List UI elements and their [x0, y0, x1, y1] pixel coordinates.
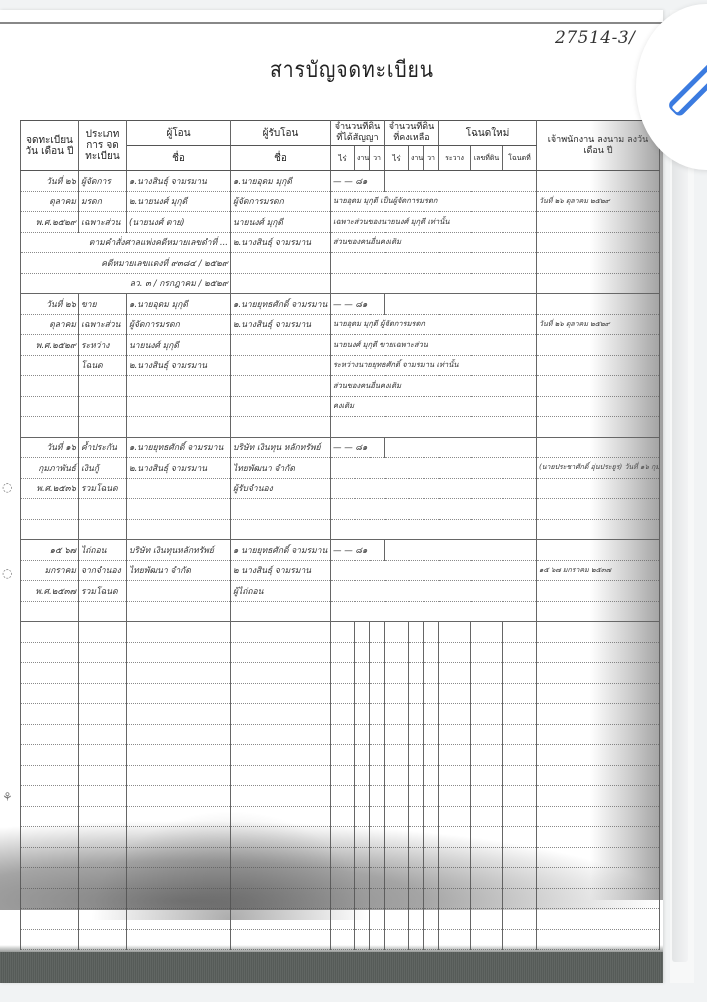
cell-officer [537, 437, 660, 458]
cell-empty [331, 847, 355, 868]
cell-empty [231, 724, 331, 745]
cell-empty [331, 745, 355, 766]
cell-grantor [127, 396, 231, 417]
cell-grantee: ๒.นางสินธุ์ จามรมาน [231, 232, 331, 253]
header-wa-remaining: วา [424, 146, 439, 171]
cell-type: โฉนด [79, 355, 127, 376]
registration-table: จดทะเบียน วัน เดือน ปี ประเภท การ จดทะเบ… [20, 120, 660, 950]
cell-officer [537, 581, 660, 602]
cell-empty [79, 806, 127, 827]
cell-date: ตุลาคม [21, 314, 79, 335]
cell-empty [409, 847, 424, 868]
cell-remark [331, 253, 537, 274]
document-title: สารบัญจดทะเบียน [270, 52, 434, 87]
header-land-no: เลขที่ดิน [471, 146, 503, 171]
cell-empty [331, 765, 355, 786]
cell-empty [471, 765, 503, 786]
cell-empty [370, 847, 385, 868]
cell-empty [231, 683, 331, 704]
cell-empty [537, 765, 660, 786]
cell-officer [537, 519, 660, 540]
table-row [21, 806, 660, 827]
cell-empty [370, 827, 385, 848]
cell-officer [537, 212, 660, 233]
cell-empty [409, 868, 424, 889]
cell-empty [439, 724, 471, 745]
cell-officer [537, 376, 660, 397]
cell-date: พ.ศ.๒๕๒๙ [21, 212, 79, 233]
cell-empty [409, 909, 424, 930]
cell-empty [439, 683, 471, 704]
header-sheet: ระวาง [439, 146, 471, 171]
cell-empty [355, 847, 370, 868]
header-type: ประเภท การ จดทะเบียน [79, 121, 127, 171]
cell-empty [231, 888, 331, 909]
cell-empty [331, 786, 355, 807]
cell-empty [231, 663, 331, 684]
cell-remark [385, 540, 537, 561]
table-row [21, 909, 660, 930]
cell-empty [21, 868, 79, 889]
cell-type: เฉพาะส่วน [79, 314, 127, 335]
cell-officer [537, 294, 660, 315]
cell-officer [537, 171, 660, 192]
cell-officer [537, 478, 660, 499]
cell-empty [439, 745, 471, 766]
table-row: มกราคมจากจำนองไทยพัฒนา จำกัด๒ นางสินธุ์ … [21, 560, 660, 581]
cell-empty [385, 909, 409, 930]
cell-officer: วันที่ ๒๖ ตุลาคม ๒๕๒๙ [537, 191, 660, 212]
cell-empty [439, 642, 471, 663]
cell-empty [409, 724, 424, 745]
cell-empty [385, 888, 409, 909]
cell-empty [503, 847, 537, 868]
cell-empty [127, 745, 231, 766]
cell-empty [424, 622, 439, 643]
cell-empty [21, 704, 79, 725]
cell-type [79, 396, 127, 417]
table-row: วันที่ ๒๖ผู้จัดการ๑.นางสินธุ์ จามรมาน๑.น… [21, 171, 660, 192]
cell-empty [409, 827, 424, 848]
cell-empty [385, 847, 409, 868]
cell-empty [503, 786, 537, 807]
cell-empty [21, 663, 79, 684]
cell-empty [537, 786, 660, 807]
cell-empty [370, 724, 385, 745]
cell-empty [503, 704, 537, 725]
cell-empty [355, 888, 370, 909]
cell-date [21, 376, 79, 397]
court-order-note: ตามคำสั่งศาลแพ่งคดีหมายเลขดำที่ ... [21, 232, 231, 253]
header-date: จดทะเบียน วัน เดือน ปี [21, 121, 79, 171]
cell-grantee: ผู้รับจำนอง [231, 478, 331, 499]
cell-empty [79, 909, 127, 930]
page-top-rule [0, 22, 663, 24]
cell-type: รวมโฉนด [79, 581, 127, 602]
cell-empty [537, 827, 660, 848]
cell-area-contract: — — ๘๑ [331, 540, 385, 561]
cell-empty [471, 847, 503, 868]
header-grantor: ผู้โอน [127, 121, 231, 146]
cell-officer [537, 335, 660, 356]
cell-empty [231, 642, 331, 663]
table-row [21, 519, 660, 540]
cell-remark [385, 437, 537, 458]
cell-empty [127, 724, 231, 745]
cell-empty [424, 724, 439, 745]
cell-empty [537, 622, 660, 643]
cell-date [21, 355, 79, 376]
cell-grantor: นายนงศ์ มุกุดี [127, 335, 231, 356]
table-row [21, 724, 660, 745]
cell-empty [537, 663, 660, 684]
table-row: ตุลาคมมรดก๒.นายนงศ์ มุกุดีผู้จัดการมรดกน… [21, 191, 660, 212]
cell-empty [79, 765, 127, 786]
header-wa: วา [370, 146, 385, 171]
cell-empty [231, 622, 331, 643]
cell-remark: เฉพาะส่วนของนายนงศ์ มุกุดี เท่านั้น [331, 212, 537, 233]
cell-empty [471, 663, 503, 684]
cell-remark [331, 499, 537, 520]
table-row: วันที่ ๒๖ขาย๑.นายอุดม มุกุดี๑.นายยุทธศัก… [21, 294, 660, 315]
cell-officer [537, 253, 660, 274]
cell-empty [471, 642, 503, 663]
cell-type: รวมโฉนด [79, 478, 127, 499]
cell-grantor: ๑.นางสินธุ์ จามรมาน [127, 171, 231, 192]
cell-date: วันที่ ๒๖ [21, 294, 79, 315]
cell-empty [79, 724, 127, 745]
cell-empty [503, 888, 537, 909]
cell-empty [409, 704, 424, 725]
cell-date: วันที่ ๒๖ [21, 171, 79, 192]
cell-grantee [231, 253, 331, 274]
table-row [21, 888, 660, 909]
cell-grantor: (นายนงศ์ ตาย) [127, 212, 231, 233]
cell-empty [355, 663, 370, 684]
cell-grantor: ๒.นางสินธุ์ จามรมาน [127, 355, 231, 376]
cell-empty [370, 642, 385, 663]
cell-empty [385, 663, 409, 684]
cell-empty [79, 786, 127, 807]
cell-remark: คงเดิม [331, 396, 537, 417]
cell-empty [503, 806, 537, 827]
cell-empty [409, 622, 424, 643]
table-row: วันที่ ๑๖ค้ำประกัน๑.นายยุทธศักดิ์ จามรมา… [21, 437, 660, 458]
cell-remark: นายอุดม มุกุดี ผู้จัดการมรดก [331, 314, 537, 335]
cell-empty [355, 786, 370, 807]
cell-grantee [231, 355, 331, 376]
cell-remark [331, 478, 537, 499]
cell-empty [503, 827, 537, 848]
table-row: ๑๕ ๖๗ไถ่ถอนบริษัท เงินทุนหลักทรัพย์๑ นาย… [21, 540, 660, 561]
cell-officer [537, 396, 660, 417]
cell-empty [127, 847, 231, 868]
cell-empty [439, 827, 471, 848]
cell-type [79, 417, 127, 438]
cell-remark: ส่วนของคนอื่นคงเดิม [331, 232, 537, 253]
cell-grantee: ๒ นางสินธุ์ จามรมาน [231, 560, 331, 581]
cell-grantee [231, 499, 331, 520]
cell-empty [385, 724, 409, 745]
table-row [21, 663, 660, 684]
cell-empty [439, 847, 471, 868]
cell-type: มรดก [79, 191, 127, 212]
cell-empty [409, 745, 424, 766]
cell-empty [231, 786, 331, 807]
header-ngan-remaining: งาน [409, 146, 424, 171]
cell-remark: นายนงศ์ มุกุดี ขายเฉพาะส่วน [331, 335, 537, 356]
cell-empty [409, 642, 424, 663]
cell-empty [370, 909, 385, 930]
cell-empty [355, 622, 370, 643]
cell-empty [231, 868, 331, 889]
cell-empty [21, 888, 79, 909]
table-row [21, 601, 660, 622]
cell-officer [537, 499, 660, 520]
cell-grantee [231, 376, 331, 397]
cell-empty [503, 909, 537, 930]
cell-empty [537, 704, 660, 725]
cell-empty [231, 704, 331, 725]
cell-remark: ระหว่างนายยุทธศักดิ์ จามรมาน เท่านั้น [331, 355, 537, 376]
cell-grantee [231, 335, 331, 356]
cell-empty [21, 909, 79, 930]
cell-grantor [127, 519, 231, 540]
cell-empty [355, 806, 370, 827]
cell-type: ไถ่ถอน [79, 540, 127, 561]
table-row: พ.ศ.๒๕๓๗รวมโฉนดผู้ไถ่ถอน [21, 581, 660, 602]
cell-date [21, 601, 79, 622]
cell-empty [331, 827, 355, 848]
cell-empty [503, 663, 537, 684]
cell-empty [331, 663, 355, 684]
cell-grantor [127, 417, 231, 438]
cell-empty [331, 622, 355, 643]
table-row: พ.ศ.๒๕๓๖รวมโฉนดผู้รับจำนอง [21, 478, 660, 499]
cell-remark [385, 171, 537, 192]
scan-dark-band [0, 952, 663, 983]
header-grantee-name: ชื่อ [231, 146, 331, 171]
cell-empty [370, 868, 385, 889]
cell-grantee: ไทยพัฒนา จำกัด [231, 458, 331, 479]
table-row [21, 642, 660, 663]
cell-empty [439, 806, 471, 827]
cell-empty [127, 704, 231, 725]
cell-empty [355, 683, 370, 704]
cell-empty [331, 868, 355, 889]
cell-empty [424, 765, 439, 786]
cell-grantee [231, 519, 331, 540]
header-rai-remaining: ไร่ [385, 146, 409, 171]
cell-area-contract: — — ๘๑ [331, 171, 385, 192]
cell-grantor: บริษัท เงินทุนหลักทรัพย์ [127, 540, 231, 561]
cell-type [79, 601, 127, 622]
cell-empty [503, 765, 537, 786]
cell-grantee: บริษัท เงินทุน หลักทรัพย์ [231, 437, 331, 458]
cell-grantor: ไทยพัฒนา จำกัด [127, 560, 231, 581]
cell-empty [127, 827, 231, 848]
cell-grantor [127, 499, 231, 520]
cell-empty [231, 827, 331, 848]
cell-empty [331, 888, 355, 909]
cell-officer [537, 273, 660, 294]
cell-date [21, 396, 79, 417]
cell-empty [471, 704, 503, 725]
cell-empty [370, 786, 385, 807]
cell-empty [537, 868, 660, 889]
cell-empty [370, 622, 385, 643]
cell-empty [385, 704, 409, 725]
cell-empty [127, 642, 231, 663]
scanned-document-page: 27514-3/ สารบัญจดทะเบียน จดทะเบียน วัน เ… [0, 10, 663, 983]
cell-empty [409, 786, 424, 807]
cell-officer [537, 601, 660, 622]
cell-officer: ๑๕ ๖๗ มกราคม ๒๕๓๗ [537, 560, 660, 581]
cell-empty [503, 724, 537, 745]
cell-officer [537, 232, 660, 253]
cell-type: จากจำนอง [79, 560, 127, 581]
cell-empty [424, 642, 439, 663]
cell-empty [409, 806, 424, 827]
cell-empty [127, 806, 231, 827]
cell-officer [537, 355, 660, 376]
cell-empty [424, 704, 439, 725]
table-row: ตามคำสั่งศาลแพ่งคดีหมายเลขดำที่ ...๒.นาง… [21, 232, 660, 253]
table-row [21, 827, 660, 848]
cell-empty [439, 663, 471, 684]
cell-empty [409, 765, 424, 786]
cell-empty [537, 847, 660, 868]
cell-empty [385, 765, 409, 786]
cell-empty [21, 847, 79, 868]
cell-remark [331, 273, 537, 294]
cell-empty [537, 888, 660, 909]
cell-remark: ส่วนของคนอื่นคงเดิม [331, 376, 537, 397]
cell-empty [79, 847, 127, 868]
cell-empty [471, 909, 503, 930]
table-row: ตุลาคมเฉพาะส่วนผู้จัดการมรดก๒.นางสินธุ์ … [21, 314, 660, 335]
cell-empty [79, 663, 127, 684]
table-row: พ.ศ.๒๕๒๙เฉพาะส่วน(นายนงศ์ ตาย)นายนงศ์ มุ… [21, 212, 660, 233]
cell-remark [331, 519, 537, 540]
header-grantor-name: ชื่อ [127, 146, 231, 171]
cell-empty [331, 806, 355, 827]
margin-punch-mark: ◌ [2, 566, 12, 580]
cell-empty [409, 888, 424, 909]
cell-empty [370, 888, 385, 909]
cell-grantee [231, 273, 331, 294]
table-row [21, 847, 660, 868]
table-row [21, 704, 660, 725]
cell-empty [439, 704, 471, 725]
cell-empty [537, 642, 660, 663]
cell-empty [331, 704, 355, 725]
cell-grantee: ๑ นายยุทธศักดิ์ จามรมาน [231, 540, 331, 561]
header-rai: ไร่ [331, 146, 355, 171]
cell-grantor: ๒.นางสินธุ์ จามรมาน [127, 458, 231, 479]
cell-remark [331, 458, 537, 479]
cell-empty [537, 909, 660, 930]
cell-empty [370, 765, 385, 786]
table-row [21, 786, 660, 807]
cell-empty [21, 765, 79, 786]
cell-empty [471, 786, 503, 807]
cell-empty [355, 745, 370, 766]
cell-grantor [127, 601, 231, 622]
cell-date: กุมภาพันธ์ [21, 458, 79, 479]
cell-empty [424, 786, 439, 807]
cell-empty [370, 663, 385, 684]
cell-empty [231, 745, 331, 766]
cell-empty [537, 683, 660, 704]
cell-empty [471, 745, 503, 766]
cell-empty [79, 642, 127, 663]
table-row [21, 499, 660, 520]
cell-empty [127, 622, 231, 643]
cell-empty [471, 888, 503, 909]
cell-empty [471, 806, 503, 827]
cell-empty [79, 745, 127, 766]
cell-empty [385, 683, 409, 704]
header-new-deed: โฉนดใหม่ [439, 121, 537, 146]
table-row [21, 622, 660, 643]
cell-officer: (นายประชาศักดิ์ อุ่นประยูร) วันที่ ๑๖ กุ… [537, 458, 660, 479]
cell-date: ๑๕ ๖๗ [21, 540, 79, 561]
cell-date [21, 417, 79, 438]
cell-officer [537, 417, 660, 438]
cell-empty [385, 868, 409, 889]
cell-empty [424, 806, 439, 827]
cell-grantor: ๑.นายยุทธศักดิ์ จามรมาน [127, 437, 231, 458]
cell-empty [370, 704, 385, 725]
cell-empty [21, 806, 79, 827]
cell-grantor: ผู้จัดการมรดก [127, 314, 231, 335]
cell-type: ผู้จัดการ [79, 171, 127, 192]
table-row [21, 765, 660, 786]
cell-empty [21, 827, 79, 848]
cell-empty [385, 622, 409, 643]
cell-grantee [231, 396, 331, 417]
cell-empty [424, 909, 439, 930]
cell-empty [385, 827, 409, 848]
table-row: พ.ศ.๒๕๒๙ระหว่างนายนงศ์ มุกุดีนายนงศ์ มุก… [21, 335, 660, 356]
header-officer: เจ้าพนักงาน ลงนาม ลงวัน เดือน ปี [537, 121, 660, 171]
header-grantee: ผู้รับโอน [231, 121, 331, 146]
cell-date: ตุลาคม [21, 191, 79, 212]
cell-empty [231, 765, 331, 786]
cell-empty [21, 642, 79, 663]
court-order-note: คดีหมายเลขแดงที่ ๙๓๘๔ / ๒๕๒๙ [21, 253, 231, 274]
table-row [21, 683, 660, 704]
cell-empty [471, 622, 503, 643]
table-row [21, 417, 660, 438]
cell-grantor [127, 376, 231, 397]
reference-number: 27514-3/ [555, 28, 635, 48]
cell-empty [537, 745, 660, 766]
cell-date [21, 519, 79, 540]
cell-empty [79, 704, 127, 725]
cell-empty [21, 724, 79, 745]
cell-type: เงินกู้ [79, 458, 127, 479]
cell-empty [355, 868, 370, 889]
cell-empty [471, 683, 503, 704]
cell-empty [439, 786, 471, 807]
table-row: ลว. ๓ / กรกฎาคม / ๒๕๒๙ [21, 273, 660, 294]
cell-empty [355, 909, 370, 930]
cell-grantor [127, 478, 231, 499]
image-viewer: 27514-3/ สารบัญจดทะเบียน จดทะเบียน วัน เ… [0, 0, 707, 1002]
cell-empty [424, 683, 439, 704]
